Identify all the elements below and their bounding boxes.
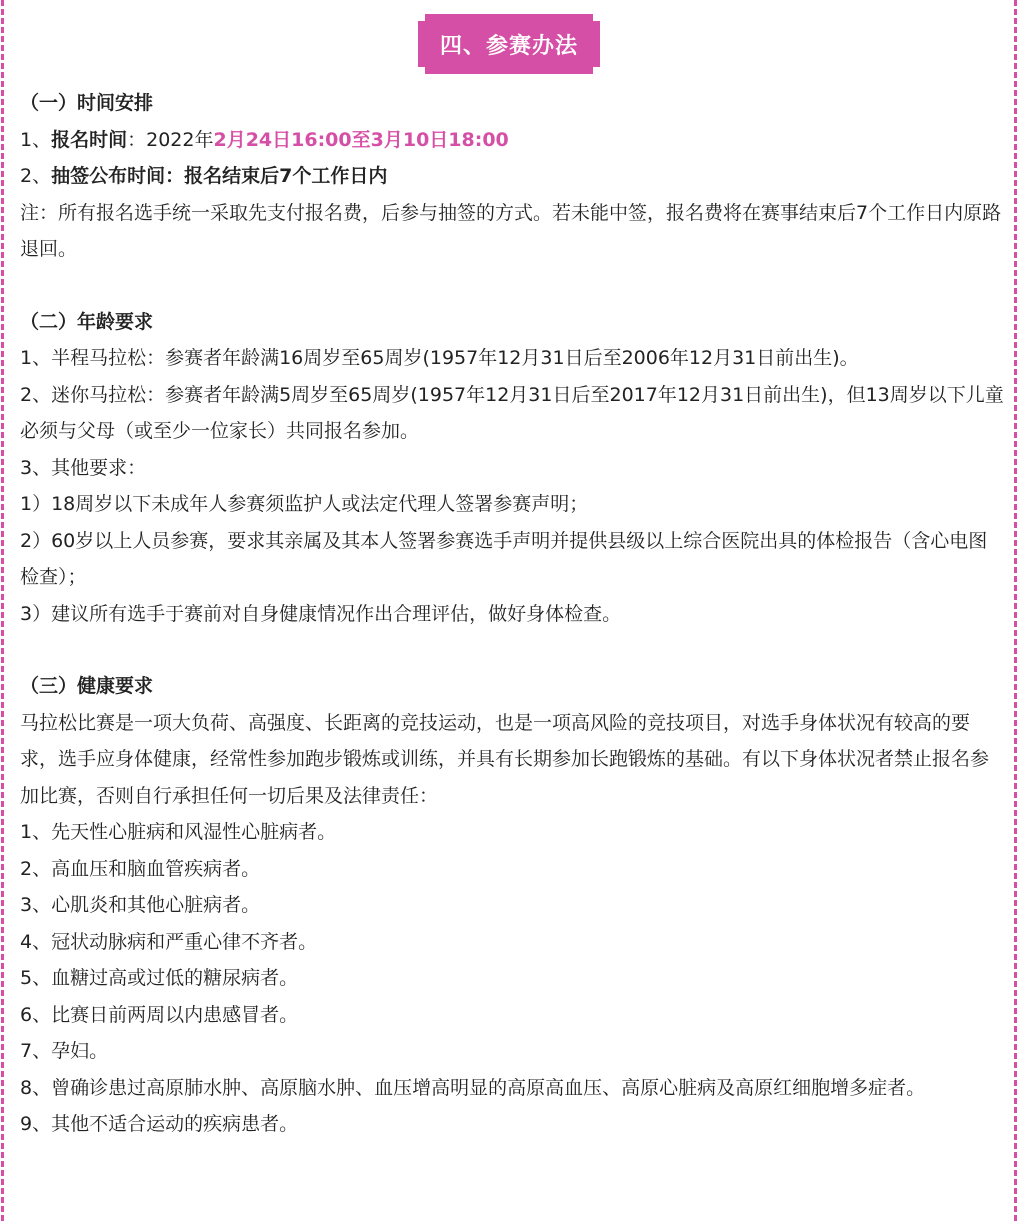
age-item: 1）18周岁以下未成年人参赛须监护人或法定代理人签署参赛声明；	[20, 486, 1005, 523]
registration-year: 2022年	[146, 129, 213, 151]
health-item: 3、心肌炎和其他心脏病者。	[20, 887, 1005, 924]
left-dashed-border	[1, 0, 4, 1221]
section-title: 四、参赛办法	[418, 14, 600, 74]
age-item: 2）60岁以上人员参赛，要求其亲属及其本人签署参赛选手声明并提供县级以上综合医院…	[20, 523, 1005, 596]
health-item: 1、先天性心脏病和风湿性心脏病者。	[20, 814, 1005, 851]
health-item: 7、孕妇。	[20, 1033, 1005, 1070]
health-item: 2、高血压和脑血管疾病者。	[20, 851, 1005, 888]
health-item: 5、血糖过高或过低的糖尿病者。	[20, 960, 1005, 997]
heading-health: （三）健康要求	[20, 668, 1005, 705]
draw-announcement-time: 2、抽签公布时间：报名结束后7个工作日内	[20, 158, 1005, 195]
registration-date-range: 2月24日16:00至3月10日18:00	[213, 129, 508, 151]
health-item: 4、冠状动脉病和严重心律不齐者。	[20, 924, 1005, 961]
item-number: 2、	[20, 165, 51, 187]
registration-time-label: 报名时间	[51, 129, 127, 151]
health-item: 6、比赛日前两周以内患感冒者。	[20, 997, 1005, 1034]
spacer	[20, 632, 1005, 668]
draw-announcement-text: 抽签公布时间：报名结束后7个工作日内	[51, 165, 387, 187]
registration-time: 1、报名时间：2022年2月24日16:00至3月10日18:00	[20, 122, 1005, 159]
right-dashed-border	[1014, 0, 1017, 1221]
spacer	[20, 268, 1005, 304]
item-number: 1、	[20, 129, 51, 151]
age-item: 3、其他要求：	[20, 450, 1005, 487]
age-item: 3）建议所有选手于赛前对自身健康情况作出合理评估，做好身体检查。	[20, 596, 1005, 633]
heading-time: （一）时间安排	[20, 85, 1005, 122]
colon: ：	[127, 129, 146, 151]
age-item: 1、半程马拉松：参赛者年龄满16周岁至65周岁(1957年12月31日后至200…	[20, 340, 1005, 377]
heading-age: （二）年龄要求	[20, 304, 1005, 341]
refund-note: 注：所有报名选手统一采取先支付报名费，后参与抽签的方式。若未能中签，报名费将在赛…	[20, 195, 1005, 268]
health-item: 9、其他不适合运动的疾病患者。	[20, 1106, 1005, 1143]
health-item: 8、曾确诊患过高原肺水肿、高原脑水肿、血压增高明显的高原高血压、高原心脏病及高原…	[20, 1070, 1005, 1107]
section-title-badge: 四、参赛办法	[418, 14, 600, 74]
health-intro: 马拉松比赛是一项大负荷、高强度、长距离的竞技运动，也是一项高风险的竞技项目，对选…	[20, 705, 1005, 815]
document-body: （一）时间安排 1、报名时间：2022年2月24日16:00至3月10日18:0…	[20, 85, 1005, 1143]
age-item: 2、迷你马拉松：参赛者年龄满5周岁至65周岁(1957年12月31日后至2017…	[20, 377, 1005, 450]
